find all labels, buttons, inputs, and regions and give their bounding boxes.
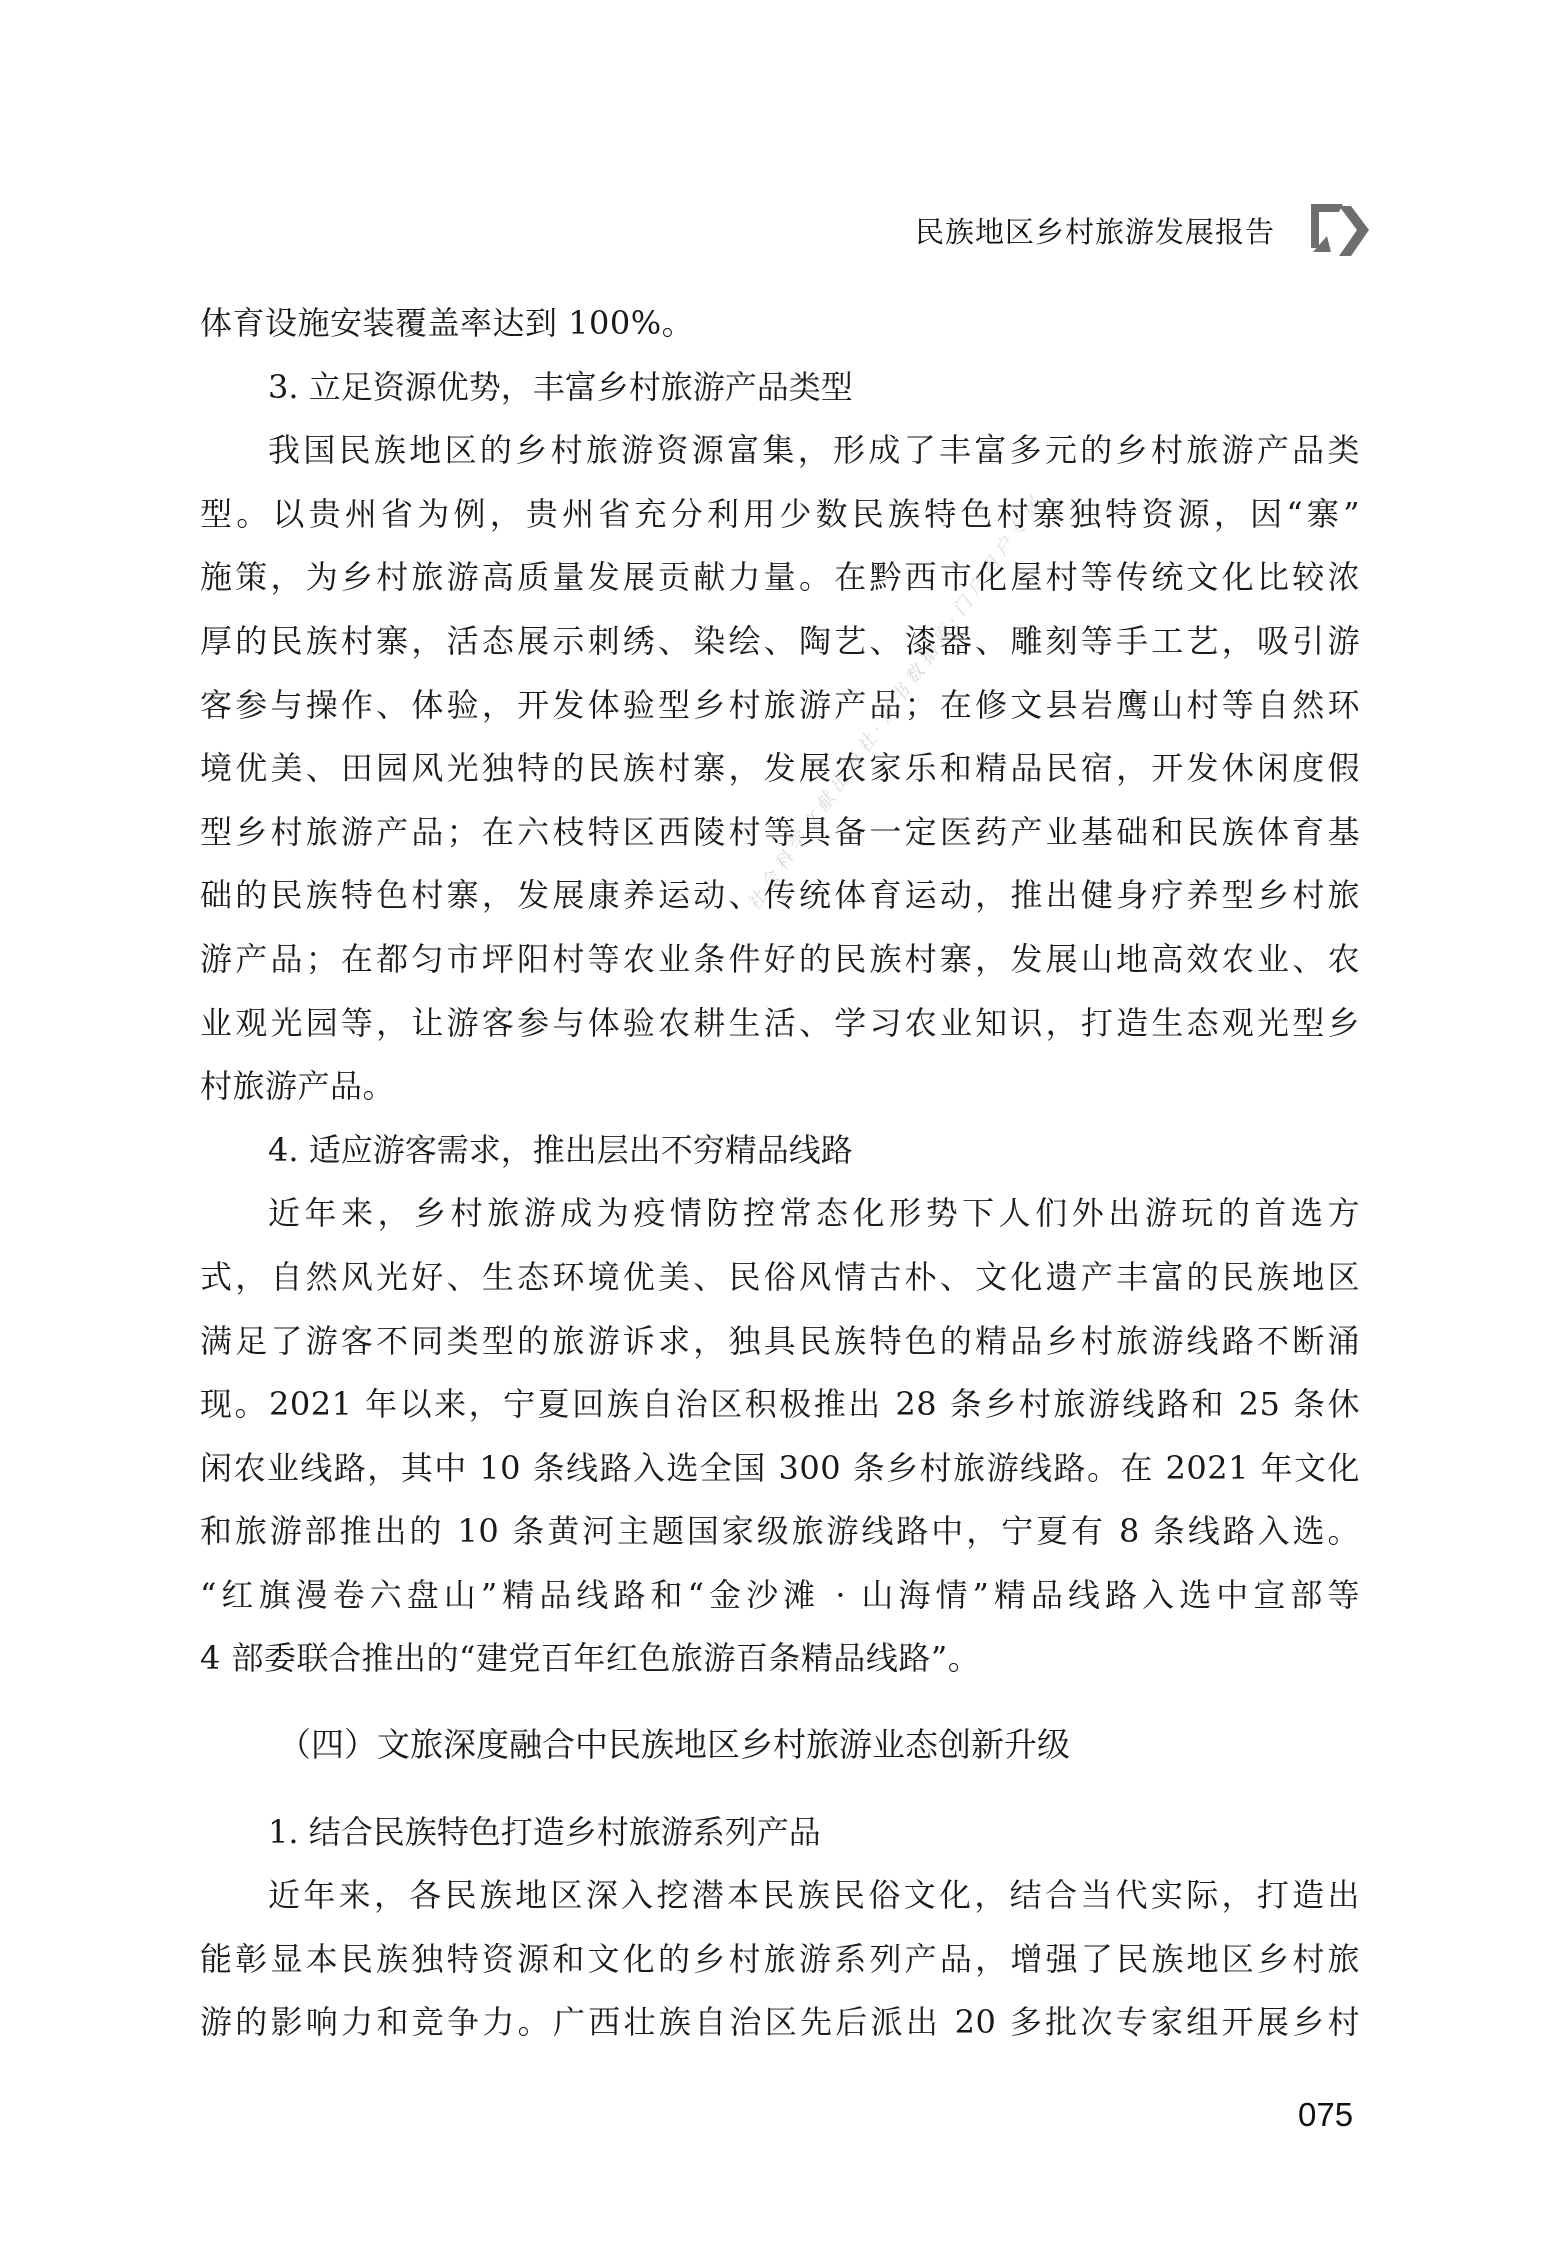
subheading-1: 1. 结合民族特色打造乡村旅游系列产品 — [200, 1801, 1360, 1865]
paragraph-line: 村旅游产品。 — [200, 1055, 1360, 1119]
page-number: 075 — [1298, 2096, 1353, 2134]
paragraph-line: “红旗漫卷六盘山”精品线路和“金沙滩 · 山海情”精品线路入选中宣部等 — [200, 1564, 1360, 1628]
paragraph-line: 闲农业线路，其中 10 条线路入选全国 300 条乡村旅游线路。在 2021 年… — [200, 1437, 1360, 1501]
paragraph-line: 近年来，各民族地区深入挖潜本民族民俗文化，结合当代实际，打造出 — [200, 1864, 1360, 1928]
paragraph-line: 现。2021 年以来，宁夏回族自治区积极推出 28 条乡村旅游线路和 25 条休 — [200, 1373, 1360, 1437]
paragraph-line: 满足了游客不同类型的旅游诉求，独具民族特色的精品乡村旅游线路不断涌 — [200, 1310, 1360, 1374]
paragraph-line: 境优美、田园风光独特的民族村寨，发展农家乐和精品民宿，开发休闲度假 — [200, 737, 1360, 801]
subheading-3: 3. 立足资源优势，丰富乡村旅游产品类型 — [200, 356, 1360, 420]
paragraph-line: 型乡村旅游产品；在六枝特区西陵村等具备一定医药产业基础和民族体育基 — [200, 801, 1360, 865]
paragraph-3: 我国民族地区的乡村旅游资源富集，形成了丰富多元的乡村旅游产品类 型。以贵州省为例… — [200, 419, 1360, 1119]
subheading-4: 4. 适应游客需求，推出层出不穷精品线路 — [200, 1119, 1360, 1183]
bracket-arrow-icon — [1309, 202, 1371, 258]
paragraph-line: 式，自然风光好、生态环境优美、民俗风情古朴、文化遗产丰富的民族地区 — [200, 1246, 1360, 1310]
paragraph-4: 近年来，乡村旅游成为疫情防控常态化形势下人们外出游玩的首选方 式，自然风光好、生… — [200, 1182, 1360, 1691]
paragraph-line: 游的影响力和竞争力。广西壮族自治区先后派出 20 多批次专家组开展乡村 — [200, 1991, 1360, 2055]
paragraph-line: 近年来，乡村旅游成为疫情防控常态化形势下人们外出游玩的首选方 — [200, 1182, 1360, 1246]
paragraph-line: 游产品；在都匀市坪阳村等农业条件好的民族村寨，发展山地高效农业、农 — [200, 928, 1360, 992]
paragraph-line: 型。以贵州省为例，贵州省充分利用少数民族特色村寨独特资源，因“寨” — [200, 483, 1360, 547]
running-title: 民族地区乡村旅游发展报告 — [915, 210, 1275, 251]
paragraph-line: 能彰显本民族独特资源和文化的乡村旅游系列产品，增强了民族地区乡村旅 — [200, 1928, 1360, 1992]
running-head: 民族地区乡村旅游发展报告 — [915, 205, 1371, 255]
paragraph-line: 客参与操作、体验，开发体验型乡村旅游产品；在修文县岩鹰山村等自然环 — [200, 674, 1360, 738]
paragraph-line: 础的民族特色村寨，发展康养运动、传统体育运动，推出健身疗养型乡村旅 — [200, 864, 1360, 928]
section-heading: （四）文旅深度融合中民族地区乡村旅游业态创新升级 — [200, 1713, 1360, 1777]
paragraph-line: 厚的民族村寨，活态展示刺绣、染绘、陶艺、漆器、雕刻等手工艺，吸引游 — [200, 610, 1360, 674]
paragraph-line: 和旅游部推出的 10 条黄河主题国家级旅游线路中，宁夏有 8 条线路入选。 — [200, 1500, 1360, 1564]
paragraph-line: 业观光园等，让游客参与体验农耕生活、学习农业知识，打造生态观光型乡 — [200, 992, 1360, 1056]
paragraph-line: 体育设施安装覆盖率达到 100%。 — [200, 292, 1360, 356]
paragraph-line: 我国民族地区的乡村旅游资源富集，形成了丰富多元的乡村旅游产品类 — [200, 419, 1360, 483]
page-body: 体育设施安装覆盖率达到 100%。 3. 立足资源优势，丰富乡村旅游产品类型 我… — [200, 292, 1360, 2055]
paragraph-line: 施策，为乡村旅游高质量发展贡献力量。在黔西市化屋村等传统文化比较浓 — [200, 546, 1360, 610]
paragraph-5: 近年来，各民族地区深入挖潜本民族民俗文化，结合当代实际，打造出 能彰显本民族独特… — [200, 1864, 1360, 2055]
paragraph-line: 4 部委联合推出的“建党百年红色旅游百条精品线路”。 — [200, 1627, 1360, 1691]
